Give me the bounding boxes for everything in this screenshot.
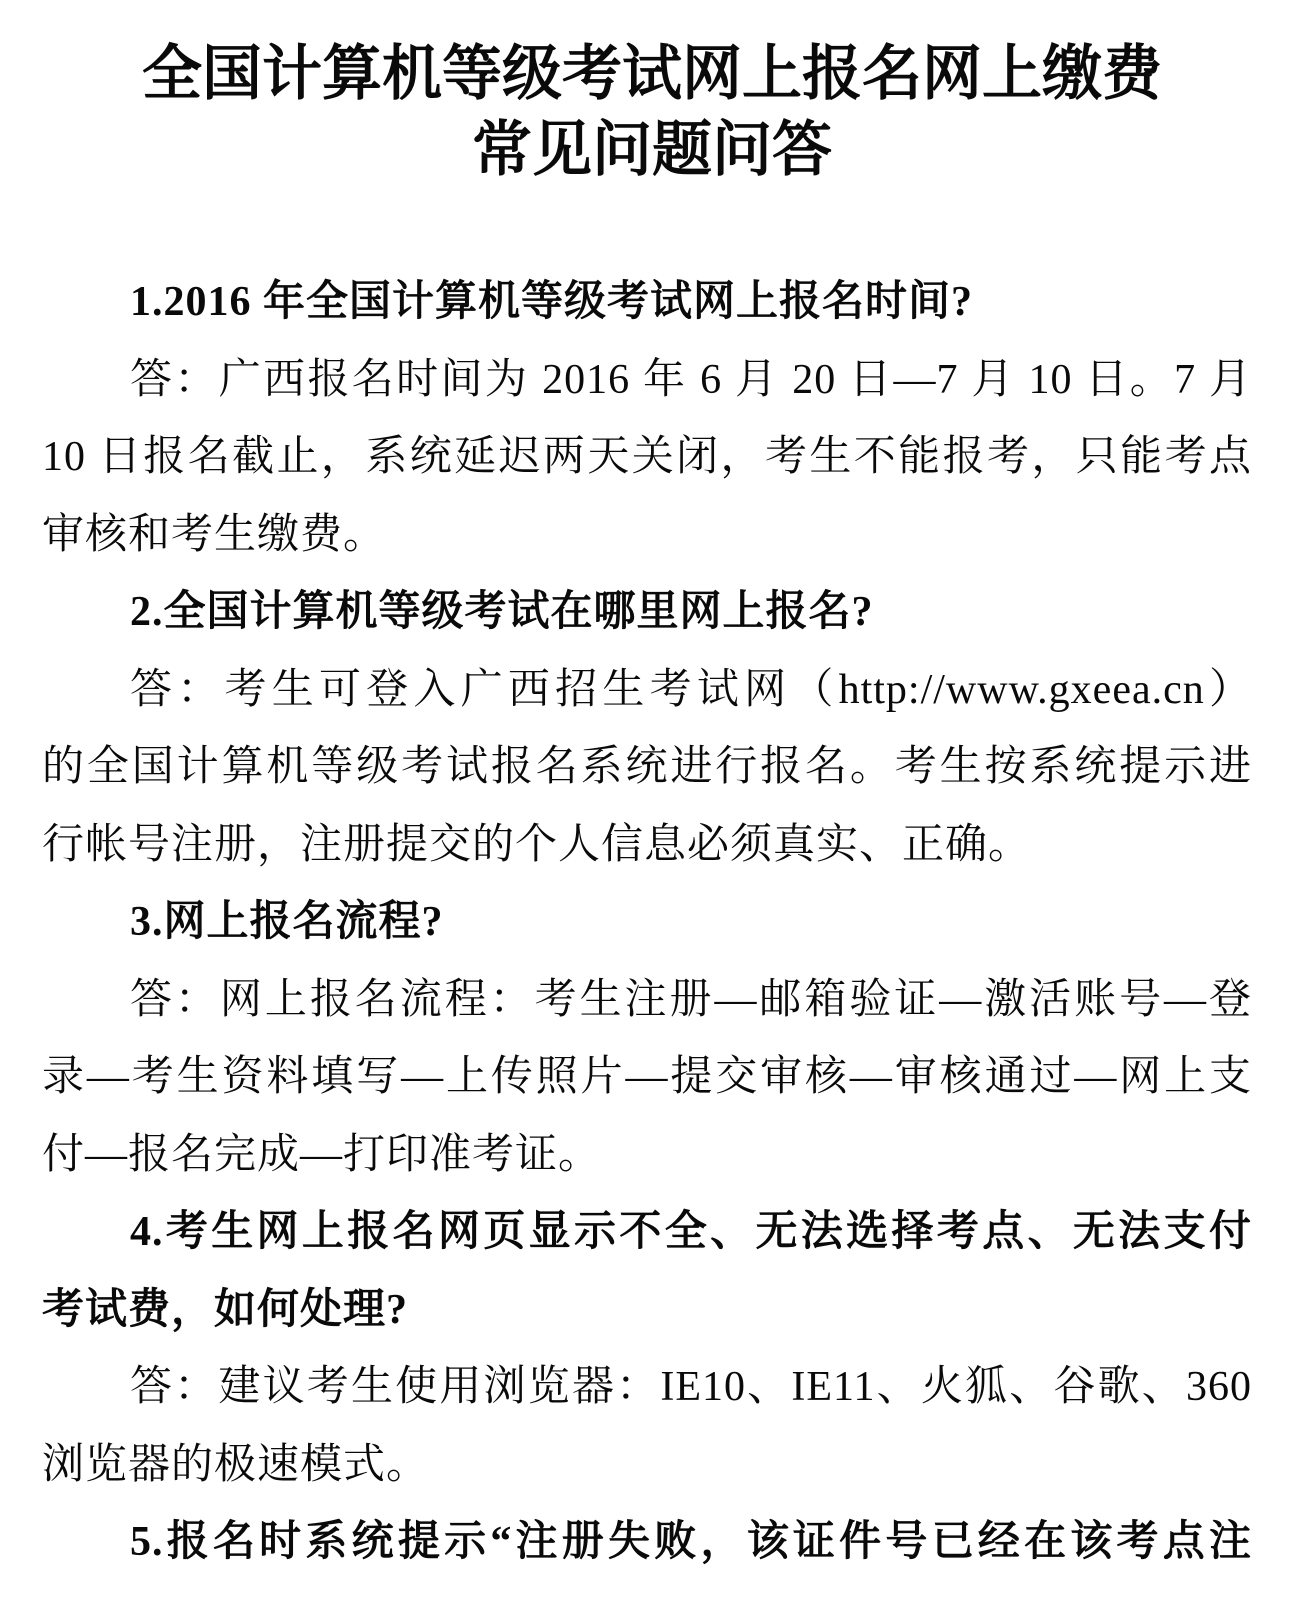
document-line: 4.考生网上报名网页显示不全、无法选择考点、无法支付: [42, 1194, 1252, 1272]
document-line: 答：建议考生使用浏览器：IE10、IE11、火狐、谷歌、360: [42, 1349, 1252, 1427]
document-title-line: 常见问题问答: [60, 112, 1244, 188]
document-title: 全国计算机等级考试网上报名网上缴费常见问题问答: [60, 36, 1244, 188]
document-line: 考试费，如何处理?: [42, 1272, 1252, 1350]
document-title-line: 全国计算机等级考试网上报名网上缴费: [60, 36, 1244, 112]
document-line: 录—考生资料填写—上传照片—提交审核—审核通过—网上支: [42, 1039, 1252, 1117]
document-line: 10 日报名截止，系统延迟两天关闭，考生不能报考，只能考点: [42, 419, 1252, 497]
document-line: 浏览器的极速模式。: [42, 1427, 1252, 1505]
document-line: 答：考生可登入广西招生考试网（http://www.gxeea.cn）: [42, 652, 1252, 730]
document-line: 答：网上报名流程：考生注册—邮箱验证—激活账号—登: [42, 962, 1252, 1040]
document-line: 行帐号注册，注册提交的个人信息必须真实、正确。: [42, 807, 1252, 885]
document-line: 5.报名时系统提示“注册失败，该证件号已经在该考点注: [42, 1504, 1252, 1582]
document-line: 2.全国计算机等级考试在哪里网上报名?: [42, 574, 1252, 652]
document-line: 3.网上报名流程?: [42, 884, 1252, 962]
document-line: 审核和考生缴费。: [42, 497, 1252, 575]
document-body: 1.2016 年全国计算机等级考试网上报名时间?答：广西报名时间为 2016 年…: [42, 264, 1252, 1582]
document-line: 1.2016 年全国计算机等级考试网上报名时间?: [42, 264, 1252, 342]
document-line: 付—报名完成—打印准考证。: [42, 1117, 1252, 1195]
document-line: 答：广西报名时间为 2016 年 6 月 20 日—7 月 10 日。7 月: [42, 342, 1252, 420]
document-line: 的全国计算机等级考试报名系统进行报名。考生按系统提示进: [42, 729, 1252, 807]
document-page: 全国计算机等级考试网上报名网上缴费常见问题问答 1.2016 年全国计算机等级考…: [0, 0, 1304, 1621]
